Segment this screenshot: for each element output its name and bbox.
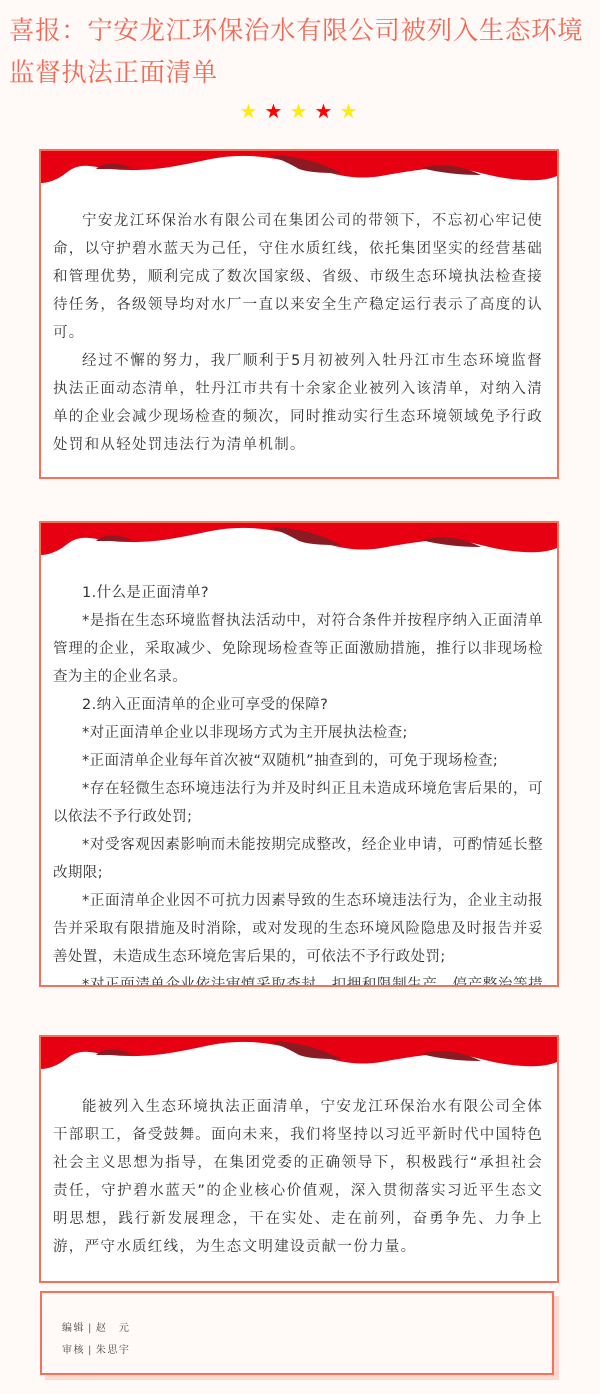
separator: | [88,1345,93,1356]
star-icon: ★ [288,98,313,124]
list-item: *存在轻微生态环境违法行为并及时纠正且未造成环境危害后果的，可以依法不予行政处罚… [53,775,543,831]
star-rating-decoration: ★★★★★ [0,98,600,124]
star-icon: ★ [238,98,263,124]
list-item: *对正面清单企业依法审慎采取查封、扣押和限制生产、停产整治等措施。 [53,971,543,987]
editor-credit: 编辑|赵 元 [62,1319,130,1334]
paragraph: 宁安龙江环保治水有限公司在集团公司的带领下，不忘初心牢记使命，以守护碧水蓝天为己… [53,207,543,347]
section-body: 能被列入生态环境执法正面清单，宁安龙江环保治水有限公司全体干部职工，备受鼓舞。面… [53,1093,543,1261]
list-item: *正面清单企业因不可抗力因素导致的生态环境违法行为，企业主动报告并采取有限措施及… [53,887,543,971]
list-item: *对正面清单企业以非现场方式为主开展执法检查; [53,719,543,747]
credits-box: 编辑|赵 元 审核|朱思宇 [40,1291,554,1375]
section-body: 宁安龙江环保治水有限公司在集团公司的带领下，不忘初心牢记使命，以守护碧水蓝天为己… [53,207,543,459]
question-heading: 2.纳入正面清单的企业可享受的保障? [53,691,543,719]
paragraph: 能被列入生态环境执法正面清单，宁安龙江环保治水有限公司全体干部职工，备受鼓舞。面… [53,1093,543,1261]
reviewer-name: 朱思宇 [96,1345,131,1356]
paragraph: 经过不懈的努力，我厂顺利于5月初被列入牡丹江市生态环境监督执法正面动态清单，牡丹… [53,347,543,459]
separator: | [88,1323,93,1334]
red-ribbon-banner-icon [41,523,557,559]
section-card-intro: 宁安龙江环保治水有限公司在集团公司的带领下，不忘初心牢记使命，以守护碧水蓝天为己… [39,149,559,479]
star-icon: ★ [338,98,363,124]
editor-label: 编辑 [62,1323,85,1334]
red-ribbon-banner-icon [41,151,557,187]
section-card-faq: 1.什么是正面清单? *是指在生态环境监督执法活动中，对符合条件并按程序纳入正面… [39,521,559,987]
article-title: 喜报：宁安龙江环保治水有限公司被列入生态环境监督执法正面清单 [9,10,594,94]
reviewer-credit: 审核|朱思宇 [62,1341,130,1356]
editor-name: 赵 元 [96,1323,131,1334]
star-icon: ★ [263,98,288,124]
reviewer-label: 审核 [62,1345,85,1356]
question-heading: 1.什么是正面清单? [53,579,543,607]
list-item: *对受客观因素影响而未能按期完成整改，经企业申请，可酌情延长整改期限; [53,831,543,887]
section-card-outlook: 能被列入生态环境执法正面清单，宁安龙江环保治水有限公司全体干部职工，备受鼓舞。面… [39,1035,559,1283]
section-body: 1.什么是正面清单? *是指在生态环境监督执法活动中，对符合条件并按程序纳入正面… [53,579,543,987]
star-icon: ★ [313,98,338,124]
paragraph: *是指在生态环境监督执法活动中，对符合条件并按程序纳入正面清单管理的企业，采取减… [53,607,543,691]
list-item: *正面清单企业每年首次被“双随机”抽查到的，可免于现场检查; [53,747,543,775]
red-ribbon-banner-icon [41,1037,557,1073]
